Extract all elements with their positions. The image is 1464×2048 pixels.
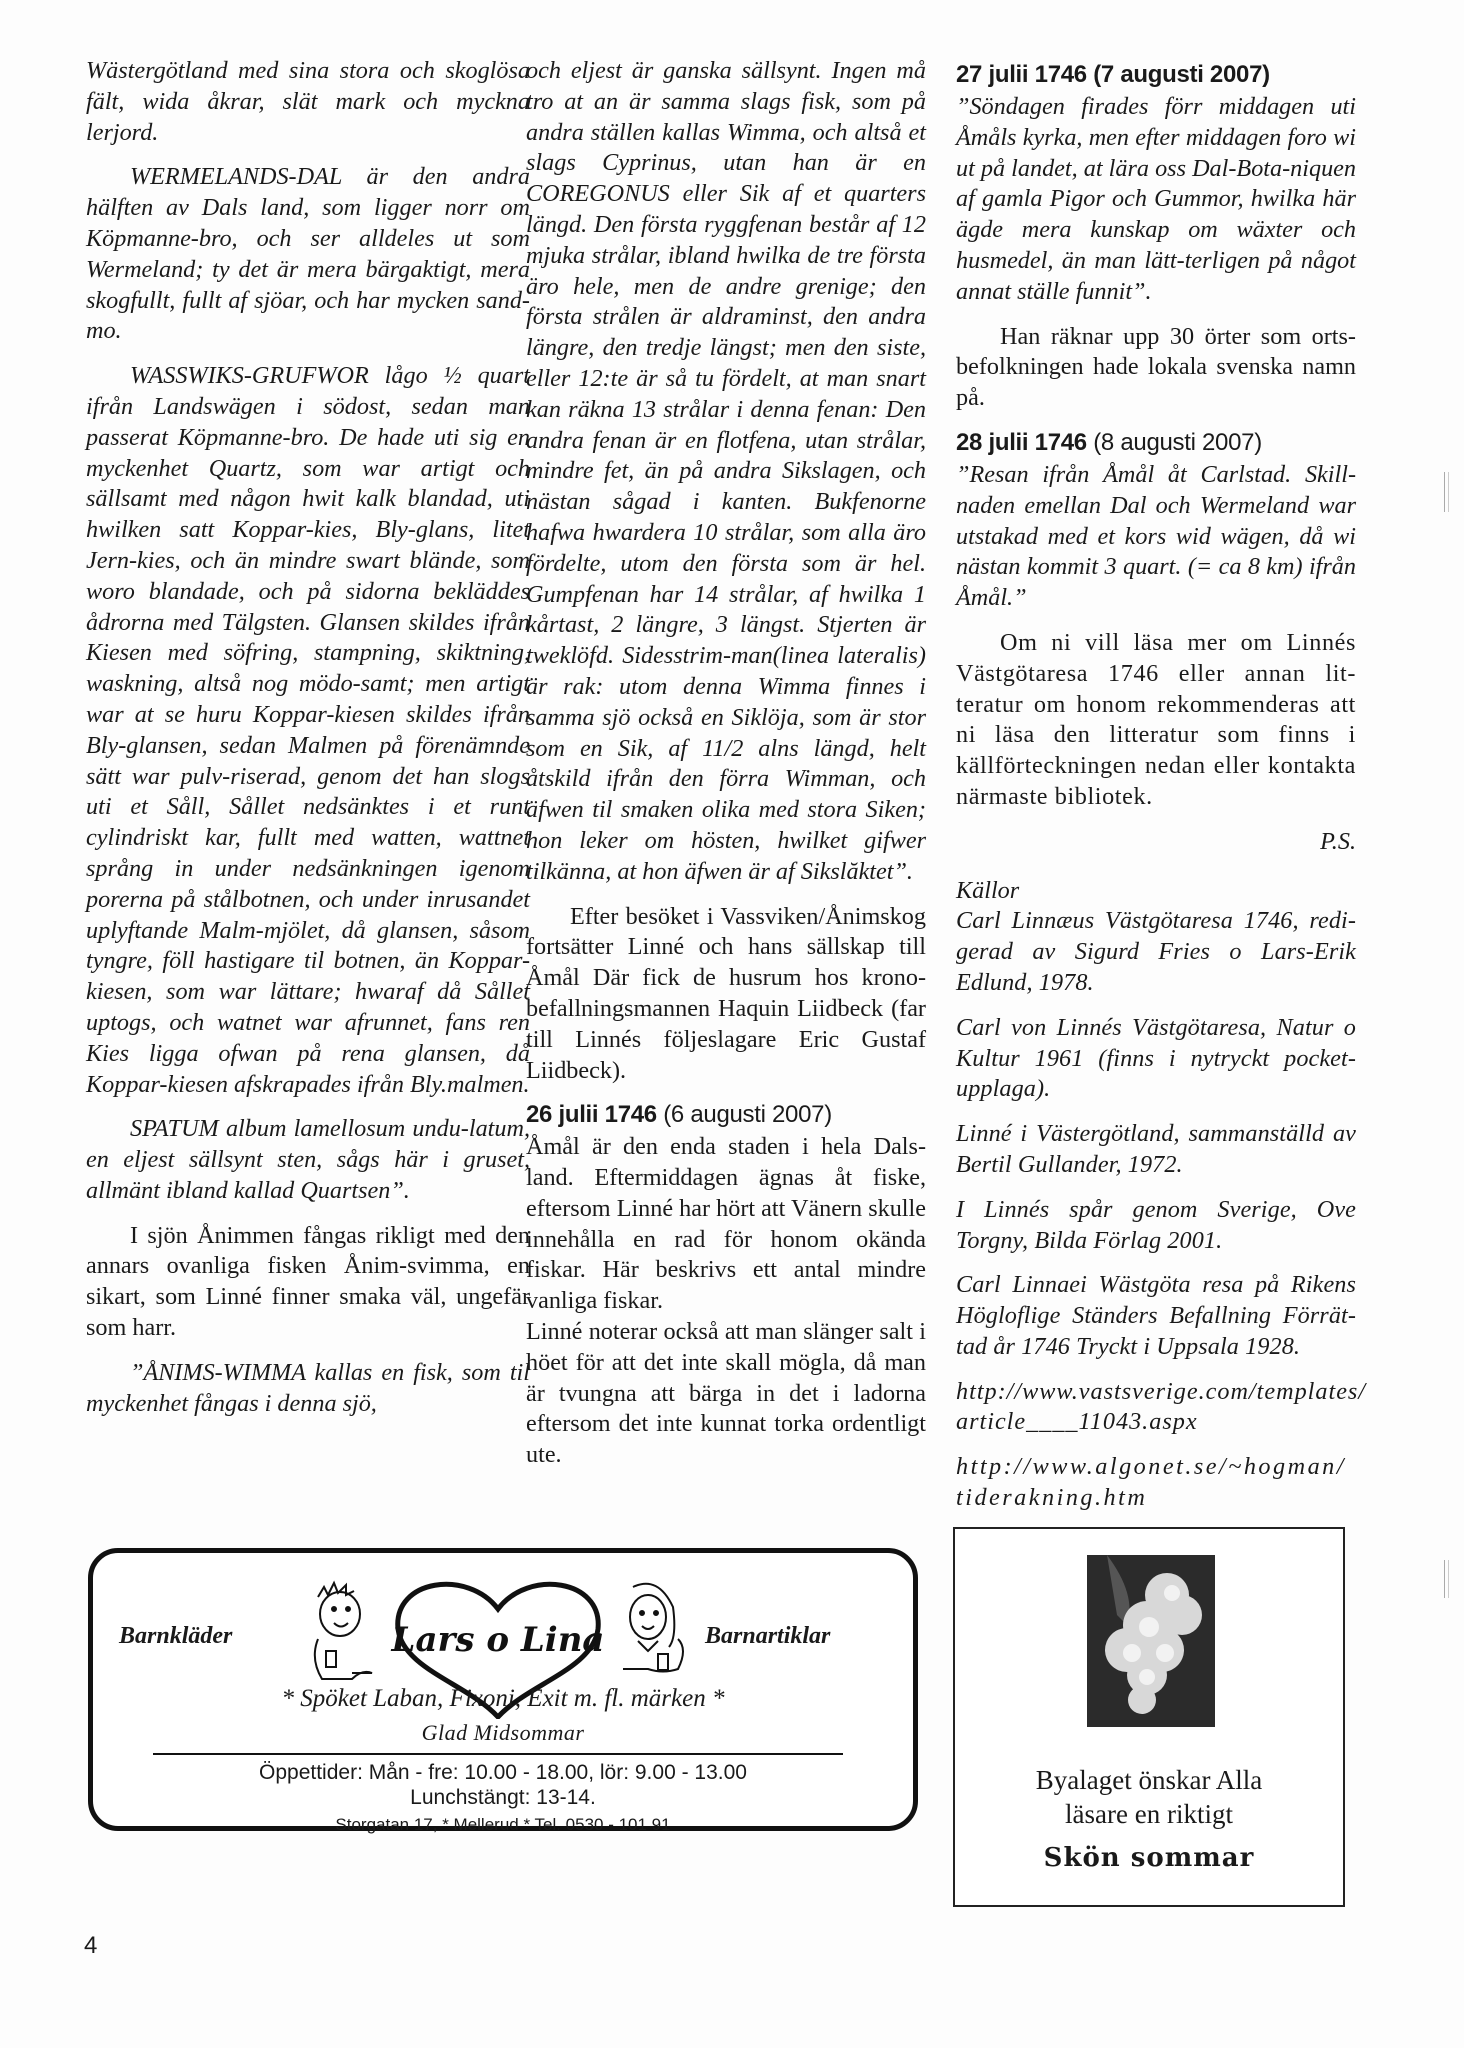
heading-date-paren: (8 augusti 2007) <box>1093 429 1262 456</box>
paragraph: Efter besöket i Vassviken/Ånimskog forts… <box>526 902 926 1087</box>
paragraph: Wästergötland med sina stora och skoglös… <box>86 56 530 148</box>
source-link[interactable]: http://www.algonet.se/~hogman/ tiderakni… <box>956 1452 1356 1514</box>
column-1: Wästergötland med sina stora och skoglös… <box>86 56 530 1433</box>
quote-continued: och eljest är ganska sällsynt. Ingen må … <box>526 56 926 888</box>
logo-text: Lars o Lina <box>391 1620 605 1660</box>
paragraph: WASSWIKS-GRUFWOR lågo ½ quart ifrån Land… <box>86 361 530 1100</box>
source-item: I Linnés spår genom Sverige, Ove Torgny,… <box>956 1195 1356 1257</box>
flower-image-icon <box>1087 1555 1215 1727</box>
entry-heading-27-julii: 27 julii 1746 (7 augusti 2007) <box>956 60 1356 90</box>
paragraph: I sjön Ånimmen fångas rikligt med den an… <box>86 1221 530 1344</box>
source-item: Carl Linnaei Wästgöta resa på Rikens Hög… <box>956 1270 1356 1362</box>
scan-artifact <box>1444 1560 1449 1598</box>
source-item: Carl Linnæus Västgötaresa 1746, redi-ger… <box>956 906 1356 998</box>
heading-date-bold: 28 julii 1746 <box>956 429 1087 456</box>
column-3: 27 julii 1746 (7 augusti 2007) ”Söndagen… <box>956 56 1356 1528</box>
ad-tagline: * Spöket Laban, Fixoni, Exit m. fl. märk… <box>93 1685 913 1713</box>
source-item: Linné i Västergötland, sammanställd av B… <box>956 1119 1356 1181</box>
sources-title: Källor <box>956 876 1356 907</box>
ad-right-label: Barnartiklar <box>705 1623 830 1650</box>
ad-lunch-hours: Lunchstängt: 13-14. <box>93 1786 913 1810</box>
source-item: Carl von Linnés Västgötaresa, Natur o Ku… <box>956 1013 1356 1105</box>
ad-lars-o-lina: Barnkläder Lars o Lina <box>88 1548 918 1831</box>
greeting-line-1: Byalaget önskar Alla <box>955 1765 1343 1796</box>
greeting-line-2: läsare en riktigt <box>955 1799 1343 1830</box>
greeting-headline: Skön sommar <box>955 1843 1343 1873</box>
paragraph: Åmål är den enda staden i hela Dals-land… <box>526 1132 926 1317</box>
paragraph: Om ni vill läsa mer om Linnés Västgötare… <box>956 628 1356 813</box>
ad-left-label: Barnkläder <box>119 1623 232 1650</box>
entry-heading-28-julii: 28 julii 1746 (8 augusti 2007) <box>956 428 1356 458</box>
lilac-flower-photo <box>1087 1555 1215 1727</box>
ad-greeting: Glad Midsommar <box>93 1720 913 1746</box>
paragraph: WERMELANDS-DAL är den andra hälften av D… <box>86 162 530 347</box>
paragraph: ”ÅNIMS-WIMMA kallas en fisk, som til myc… <box>86 1358 530 1420</box>
heading-date-bold: 26 julii 1746 <box>526 1101 657 1128</box>
page-number: 4 <box>84 1932 97 1960</box>
quote: ”Söndagen firades förr middagen uti Åmål… <box>956 92 1356 308</box>
paragraph: Linné noterar också att man slänger salt… <box>526 1317 926 1471</box>
ad-opening-hours: Öppettider: Mån - fre: 10.00 - 18.00, lö… <box>93 1759 913 1786</box>
heading-date-paren: (6 augusti 2007) <box>663 1101 832 1128</box>
divider <box>153 1753 843 1755</box>
column-2: och eljest är ganska sällsynt. Ingen må … <box>526 56 926 1485</box>
ad-address: Storgatan 17, * Mellerud * Tel. 0530 - 1… <box>93 1815 913 1835</box>
scan-artifact <box>1444 472 1449 512</box>
source-link[interactable]: http://www.vastsverige.com/templates/ ar… <box>956 1377 1356 1439</box>
magazine-page: Wästergötland med sina stora och skoglös… <box>0 0 1464 2048</box>
entry-heading-26-julii: 26 julii 1746 (6 augusti 2007) <box>526 1100 926 1130</box>
paragraph: Han räknar upp 30 örter som orts-befolkn… <box>956 322 1356 414</box>
signature: P.S. <box>956 827 1356 858</box>
quote: ”Resan ifrån Åmål åt Carlstad. Skill-nad… <box>956 460 1356 614</box>
paragraph: SPATUM album lamellosum undu-latum, en e… <box>86 1114 530 1206</box>
ad-byalaget: Byalaget önskar Alla läsare en riktigt S… <box>953 1527 1345 1907</box>
